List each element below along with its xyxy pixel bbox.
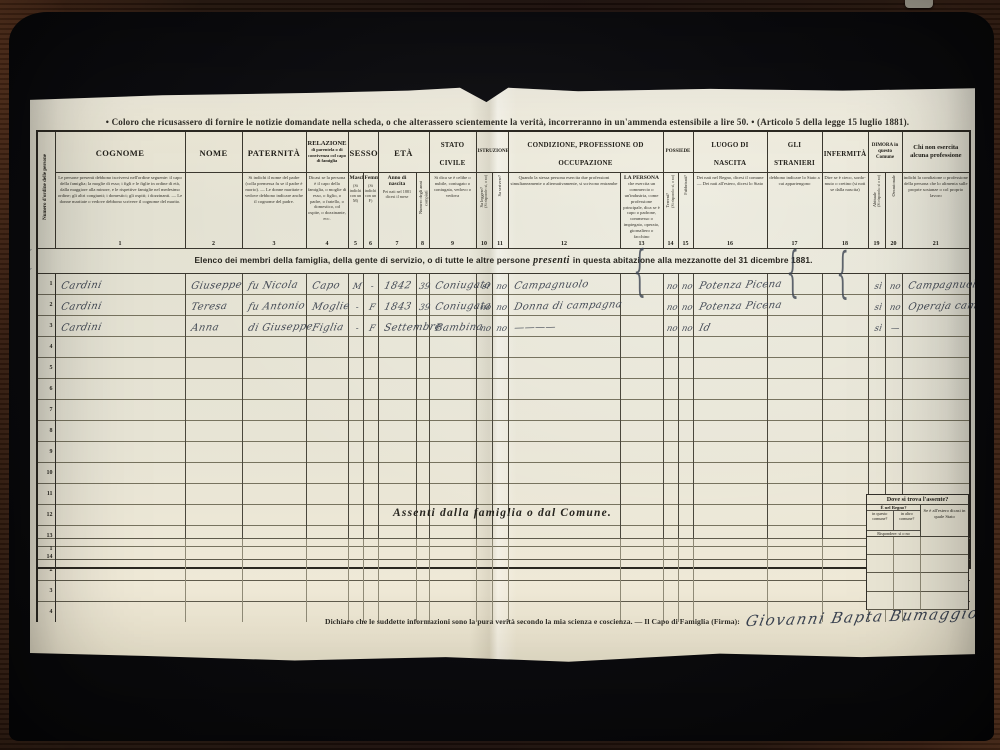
present-person-cell-anno [378,378,416,399]
absent-person-cell-n: 4 [37,602,55,623]
absent-person-cell-terreni [663,539,678,560]
present-person-cell-nome [185,378,242,399]
handwritten-entry: sì [870,302,886,312]
col-stato-civile: STATO CIVILE [429,131,476,173]
present-person-cell-relazione [306,378,348,399]
handwritten-entry: no [887,281,903,291]
desc-relazione: Dicasi se la persona è il capo della fam… [306,173,348,249]
col-istruzione: ISTRUZIONE [476,131,508,173]
absent-person-cell-nome [185,539,242,560]
present-person-cell-condizione [508,399,620,420]
absent-person-row: 3 [37,581,970,602]
dove-grid-cell [867,592,894,610]
present-person-cell-nome: Giuseppe [185,273,242,294]
handwritten-entry: no [478,302,493,312]
present-person-cell-fabbricati [678,357,693,378]
col-nome: NOME [185,131,242,173]
declaration-text: Dichiaro che le suddette informazioni so… [325,617,740,626]
present-person-cell-anno: Settembre [378,315,416,336]
present-person-cell-abituale [868,420,885,441]
present-person-cell-terreni [663,336,678,357]
present-person-cell-legge [476,378,492,399]
present-person-cell-relazione [306,399,348,420]
desc-paternita: Si indichi il nome del padre (colla prem… [242,173,306,249]
absent-person-row: 2 [37,560,970,581]
present-person-cell-nome [185,441,242,462]
dove-grid-cell [894,537,921,555]
present-person-cell-n: 5 [37,357,55,378]
present-person-cell-occasionale: no [885,273,902,294]
present-person-cell-condizione [508,378,620,399]
desc-anno-nascita: Anno di nascitaPei nati nel 1881 dicesi … [378,173,416,249]
present-person-cell-stranieri [767,483,822,504]
present-person-cell-stranieri [767,378,822,399]
desc-stranieri: debbono indicare lo Stato a cui apparten… [767,173,822,249]
present-person-cell-infermita [822,336,868,357]
present-person-cell-m [348,336,363,357]
present-person-cell-relazione [306,483,348,504]
absent-person-cell-nome [185,560,242,581]
col-infermita: INFERMITÀ [822,131,868,173]
dove-grid-cell [867,537,894,555]
present-person-cell-cognome [55,357,185,378]
present-person-cell-m: - [348,294,363,315]
header-desc-row: Le persone presenti debbono iscriversi n… [37,173,970,249]
desc-sa-scrivere: Sa scrivere?11 [492,173,508,249]
present-person-cell-occasionale [885,357,902,378]
present-person-cell-persona [620,336,663,357]
absent-person-cell-condizione [508,581,620,602]
present-person-cell-anni: 39 [416,273,429,294]
present-person-cell-legge [476,441,492,462]
present-person-cell-anni [416,357,429,378]
handwritten-entry: - [350,323,364,333]
dove-grid-cell [867,573,894,591]
present-person-cell-n: 6 [37,378,55,399]
present-person-cell-luogo: Potenza Picena [693,273,767,294]
present-person-cell-fabbricati [678,399,693,420]
absent-person-cell-legge [476,539,492,560]
census-table-wrap: Numero d'ordine delle persone COGNOME NO… [36,130,971,569]
absent-person-cell-fabbricati [678,560,693,581]
present-person-cell-chi [902,420,970,441]
absent-person-cell-n: 1 [37,539,55,560]
present-person-cell-relazione: Moglie [306,294,348,315]
desc-maschio: Maschio(Si indichi con un M)5 [348,173,363,249]
present-person-cell-terreni [663,420,678,441]
handwritten-entry: Campagnuolo [904,279,984,292]
present-person-cell-stranieri [767,441,822,462]
dove-risposta-note: Rispondere: sì o no [867,530,920,536]
absent-person-cell-scrive [492,581,508,602]
present-person-cell-terreni: no [663,273,678,294]
absent-person-cell-fabbricati [678,581,693,602]
present-person-cell-f [363,420,378,441]
desc-anni-compiuti: Numero degli anni compiuti8 [416,173,429,249]
present-person-cell-condizione [508,336,620,357]
present-person-cell-fabbricati [678,441,693,462]
present-person-cell-f: F [363,294,378,315]
present-person-cell-n: 1 [37,273,55,294]
present-person-cell-cognome: Cardini [55,294,185,315]
present-person-cell-legge: no [476,315,492,336]
present-person-cell-chi [902,378,970,399]
present-person-cell-cognome [55,462,185,483]
present-person-cell-paternita [242,357,306,378]
present-person-cell-luogo [693,420,767,441]
present-person-cell-anni: 39 [416,294,429,315]
absent-person-cell-anni [416,581,429,602]
present-person-cell-anni [416,441,429,462]
col-condizione: CONDIZIONE, PROFESSIONE OD OCCUPAZIONE [508,131,663,173]
col-relazione: RELAZIONEdi parentela o di convivenza co… [306,131,348,173]
present-person-cell-persona [620,420,663,441]
present-person-cell-terreni: no [663,294,678,315]
present-person-cell-infermita [822,483,868,504]
present-person-cell-legge [476,357,492,378]
handwritten-entry: Anna [187,322,220,334]
dove-grid-cell [867,555,894,573]
present-person-cell-occasionale [885,420,902,441]
present-person-cell-cognome [55,399,185,420]
present-person-cell-occasionale [885,336,902,357]
present-person-cell-terreni [663,462,678,483]
present-person-cell-terreni [663,378,678,399]
handwritten-entry: no [665,323,679,333]
present-person-cell-infermita [822,357,868,378]
handwritten-entry: Capo [308,280,341,292]
present-person-cell-fabbricati: no [678,294,693,315]
present-person-cell-n: 8 [37,420,55,441]
absent-person-cell-nome [185,581,242,602]
handwritten-entry: fu Nicola [244,279,299,291]
present-person-cell-f [363,336,378,357]
frame-clip [905,0,933,8]
present-person-cell-cognome [55,378,185,399]
dove-grid-cell [921,555,968,573]
present-person-row: 4 [37,336,970,357]
absent-person-row: 1 [37,539,970,560]
absent-person-cell-stato [429,581,476,602]
present-person-cell-stato [429,441,476,462]
present-person-cell-condizione [508,420,620,441]
present-person-cell-legge [476,420,492,441]
present-person-cell-stranieri [767,336,822,357]
present-person-cell-condizione [508,441,620,462]
col-possiede: POSSIEDE [663,131,693,173]
present-person-cell-n: 4 [37,336,55,357]
present-person-cell-legge [476,399,492,420]
present-person-cell-m [348,399,363,420]
present-person-cell-anno [378,483,416,504]
absent-person-cell-m [348,560,363,581]
present-person-cell-paternita [242,378,306,399]
present-person-cell-n: 11 [37,483,55,504]
header-title-row: Numero d'ordine delle persone COGNOME NO… [37,131,970,173]
present-person-cell-cognome: Cardini [55,273,185,294]
present-person-cell-abituale [868,336,885,357]
present-person-cell-cognome [55,441,185,462]
present-person-cell-luogo [693,336,767,357]
handwritten-entry: no [680,281,694,291]
present-person-cell-terreni [663,399,678,420]
absent-person-cell-terreni [663,560,678,581]
present-person-cell-nome: Teresa [185,294,242,315]
absent-person-cell-stranieri [767,560,822,581]
handwritten-entry: Cardini [57,280,103,292]
absent-person-cell-m [348,539,363,560]
present-person-cell-scrive [492,399,508,420]
absent-person-cell-cognome [55,581,185,602]
present-person-cell-stranieri [767,420,822,441]
present-person-cell-chi [902,357,970,378]
present-person-cell-chi: Operaja campagnuola [902,294,970,315]
present-person-cell-persona [620,483,663,504]
present-person-cell-luogo [693,483,767,504]
absent-person-cell-terreni [663,581,678,602]
handwritten-entry: Campagnuolo [510,279,590,292]
absent-person-cell-stranieri [767,581,822,602]
present-person-cell-nome: Anna [185,315,242,336]
handwritten-entry: no [665,281,679,291]
present-person-cell-persona [620,399,663,420]
present-person-cell-terreni [663,357,678,378]
handwritten-entry: di Giuseppe [244,321,314,334]
present-person-cell-fabbricati [678,420,693,441]
present-person-cell-condizione [508,462,620,483]
present-person-cell-relazione: Capo [306,273,348,294]
present-person-cell-scrive [492,420,508,441]
present-person-row: 8 [37,420,970,441]
handwritten-entry: Figlia [308,322,345,334]
present-person-cell-m: M [348,273,363,294]
present-person-cell-terreni: no [663,315,678,336]
present-person-cell-nome [185,399,242,420]
present-person-cell-occasionale [885,462,902,483]
present-person-cell-m [348,441,363,462]
handwritten-entry: 39 [418,302,430,312]
present-person-cell-stato [429,336,476,357]
absent-person-cell-luogo [693,560,767,581]
absent-person-cell-cognome [55,560,185,581]
present-person-row: 11 [37,483,970,504]
handwritten-entry: 1842 [380,280,413,292]
desc-nome: 2 [185,173,242,249]
present-person-cell-m [348,420,363,441]
absent-person-cell-anni [416,539,429,560]
ink-brace-mark: { [633,241,646,304]
present-person-cell-stato: Bambina [429,315,476,336]
present-person-cell-f [363,441,378,462]
present-person-cell-occasionale [885,378,902,399]
absent-person-cell-anno [378,560,416,581]
present-person-cell-paternita [242,483,306,504]
handwritten-entry: Donna di campagna [510,299,623,313]
present-person-cell-relazione [306,357,348,378]
absent-person-cell-anno [378,539,416,560]
present-person-cell-nome [185,336,242,357]
present-person-cell-stato [429,462,476,483]
dove-grid-cell [921,592,968,610]
handwritten-entry: — [887,323,903,333]
col-sesso: SESSO [348,131,378,173]
present-person-cell-f [363,399,378,420]
present-person-cell-nome [185,483,242,504]
absent-person-cell-paternita [242,560,306,581]
present-person-cell-stato: Coniugata [429,294,476,315]
absent-person-cell-n: 2 [37,560,55,581]
dove-grid-cell [921,537,968,555]
present-person-cell-nome [185,462,242,483]
declaration-line: Dichiaro che le suddette informazioni so… [325,610,973,628]
present-person-cell-stato [429,378,476,399]
present-person-cell-fabbricati [678,378,693,399]
present-person-row: 7 [37,399,970,420]
present-person-cell-scrive [492,378,508,399]
present-person-cell-abituale [868,399,885,420]
present-person-cell-stranieri [767,315,822,336]
present-person-cell-legge [476,462,492,483]
handwritten-entry: sì [870,281,886,291]
absent-person-cell-cognome [55,602,185,623]
present-person-cell-luogo [693,378,767,399]
handwritten-entry: no [478,323,493,333]
absent-person-cell-nome [185,602,242,623]
census-table: Numero d'ordine delle persone COGNOME NO… [36,130,971,569]
present-person-cell-f: F [363,315,378,336]
col-dimora: DIMORA in questo Comune [868,131,902,173]
desc-occasionale: Occasionale20 [885,173,902,249]
present-person-cell-fabbricati: no [678,273,693,294]
present-person-cell-anno [378,399,416,420]
absent-person-cell-cognome [55,539,185,560]
ink-brace-mark: { [836,243,849,306]
absent-person-cell-stranieri [767,539,822,560]
desc-la-persona: LA PERSONAche esercita un commercio o un… [620,173,663,249]
handwritten-entry: - [365,281,379,291]
present-person-cell-anno [378,357,416,378]
present-person-cell-terreni [663,483,678,504]
present-person-cell-paternita [242,399,306,420]
handwritten-entry: Id [695,322,712,333]
present-person-row: 3CardiniAnnadi GiuseppeFiglia-FSettembre… [37,315,970,336]
present-person-cell-luogo [693,441,767,462]
handwritten-entry: no [665,302,679,312]
present-person-cell-m [348,462,363,483]
present-person-cell-abituale: sì [868,315,885,336]
col-cognome: COGNOME [55,131,185,173]
present-person-cell-persona [620,462,663,483]
desc-condizione: Quando la stessa persona esercita due pr… [508,173,620,249]
handwritten-entry: no [887,302,903,312]
ink-brace-mark: { [786,242,799,305]
present-person-cell-scrive [492,336,508,357]
dove-questo-comune: in questo comune? [867,511,894,530]
absent-person-cell-f [363,539,378,560]
present-person-cell-anno [378,462,416,483]
desc-femmina: Femmina(Si indichi con un F)6 [363,173,378,249]
present-person-cell-chi [902,462,970,483]
table-header: Numero d'ordine delle persone COGNOME NO… [37,131,970,248]
present-person-cell-paternita [242,441,306,462]
col-eta: ETÀ [378,131,429,173]
absent-person-cell-stato [429,560,476,581]
present-person-cell-anno: 1843 [378,294,416,315]
present-person-cell-paternita [242,336,306,357]
census-sheet: • Coloro che ricusassero di fornire le n… [30,86,975,664]
handwritten-entry: 1843 [380,301,413,313]
present-person-cell-cognome [55,483,185,504]
absent-person-cell-f [363,560,378,581]
absent-person-cell-persona [620,539,663,560]
absent-person-cell-fabbricati [678,539,693,560]
present-person-cell-chi: Campagnuolo [902,273,970,294]
present-person-cell-abituale [868,378,885,399]
present-person-cell-infermita [822,378,868,399]
col-stranieri: GLI STRANIERI [767,131,822,173]
present-person-cell-scrive [492,462,508,483]
handwritten-entry: - [350,302,364,312]
present-person-cell-chi [902,315,970,336]
handwritten-entry: sì [478,281,493,291]
absent-person-cell-paternita [242,581,306,602]
present-person-cell-abituale [868,462,885,483]
present-person-cell-n: 9 [37,441,55,462]
present-person-cell-fabbricati [678,336,693,357]
present-person-cell-scrive [492,483,508,504]
present-person-cell-n: 10 [37,462,55,483]
desc-fabbricati: Fabbricati?15 [678,173,693,249]
col-luogo-nascita: LUOGO DI NASCITA [693,131,767,173]
handwritten-entry: M [350,281,364,291]
present-person-cell-occasionale: — [885,315,902,336]
present-person-cell-cognome [55,336,185,357]
present-person-cell-condizione: Campagnuolo [508,273,620,294]
present-person-cell-stranieri [767,462,822,483]
present-person-cell-anni [416,378,429,399]
present-person-row: 5 [37,357,970,378]
dove-si-trova-box: Dove si trova l'assente? È nel Regno? in… [866,494,969,610]
present-person-cell-persona [620,315,663,336]
absent-person-cell-m [348,581,363,602]
handwritten-entry: no [680,302,694,312]
present-person-cell-infermita [822,462,868,483]
handwritten-entry: F [365,323,379,333]
present-person-cell-stato [429,357,476,378]
present-person-cell-paternita [242,462,306,483]
handwritten-entry: sì [870,323,886,333]
present-person-cell-abituale [868,357,885,378]
present-person-cell-fabbricati: no [678,315,693,336]
present-person-cell-scrive: no [492,315,508,336]
elenco-band: Elenco dei membri della famiglia, della … [37,248,970,273]
present-person-cell-anni [416,336,429,357]
present-person-cell-anno [378,336,416,357]
absent-person-cell-scrive [492,560,508,581]
present-person-cell-luogo: Id [693,315,767,336]
col-paternita: PATERNITÀ [242,131,306,173]
present-person-cell-condizione: Donna di campagna [508,294,620,315]
present-person-cell-cognome [55,420,185,441]
absent-person-cell-persona [620,560,663,581]
present-person-cell-relazione [306,462,348,483]
handwritten-entry: Moglie [308,301,351,313]
present-person-cell-fabbricati [678,483,693,504]
dove-estero-label: Se è all'estero dicasi in quale Stato [921,505,968,536]
desc-stato-civile: Si dica se è celibe o nubile, coniugato … [429,173,476,249]
present-person-cell-occasionale [885,399,902,420]
present-person-cell-nome [185,357,242,378]
